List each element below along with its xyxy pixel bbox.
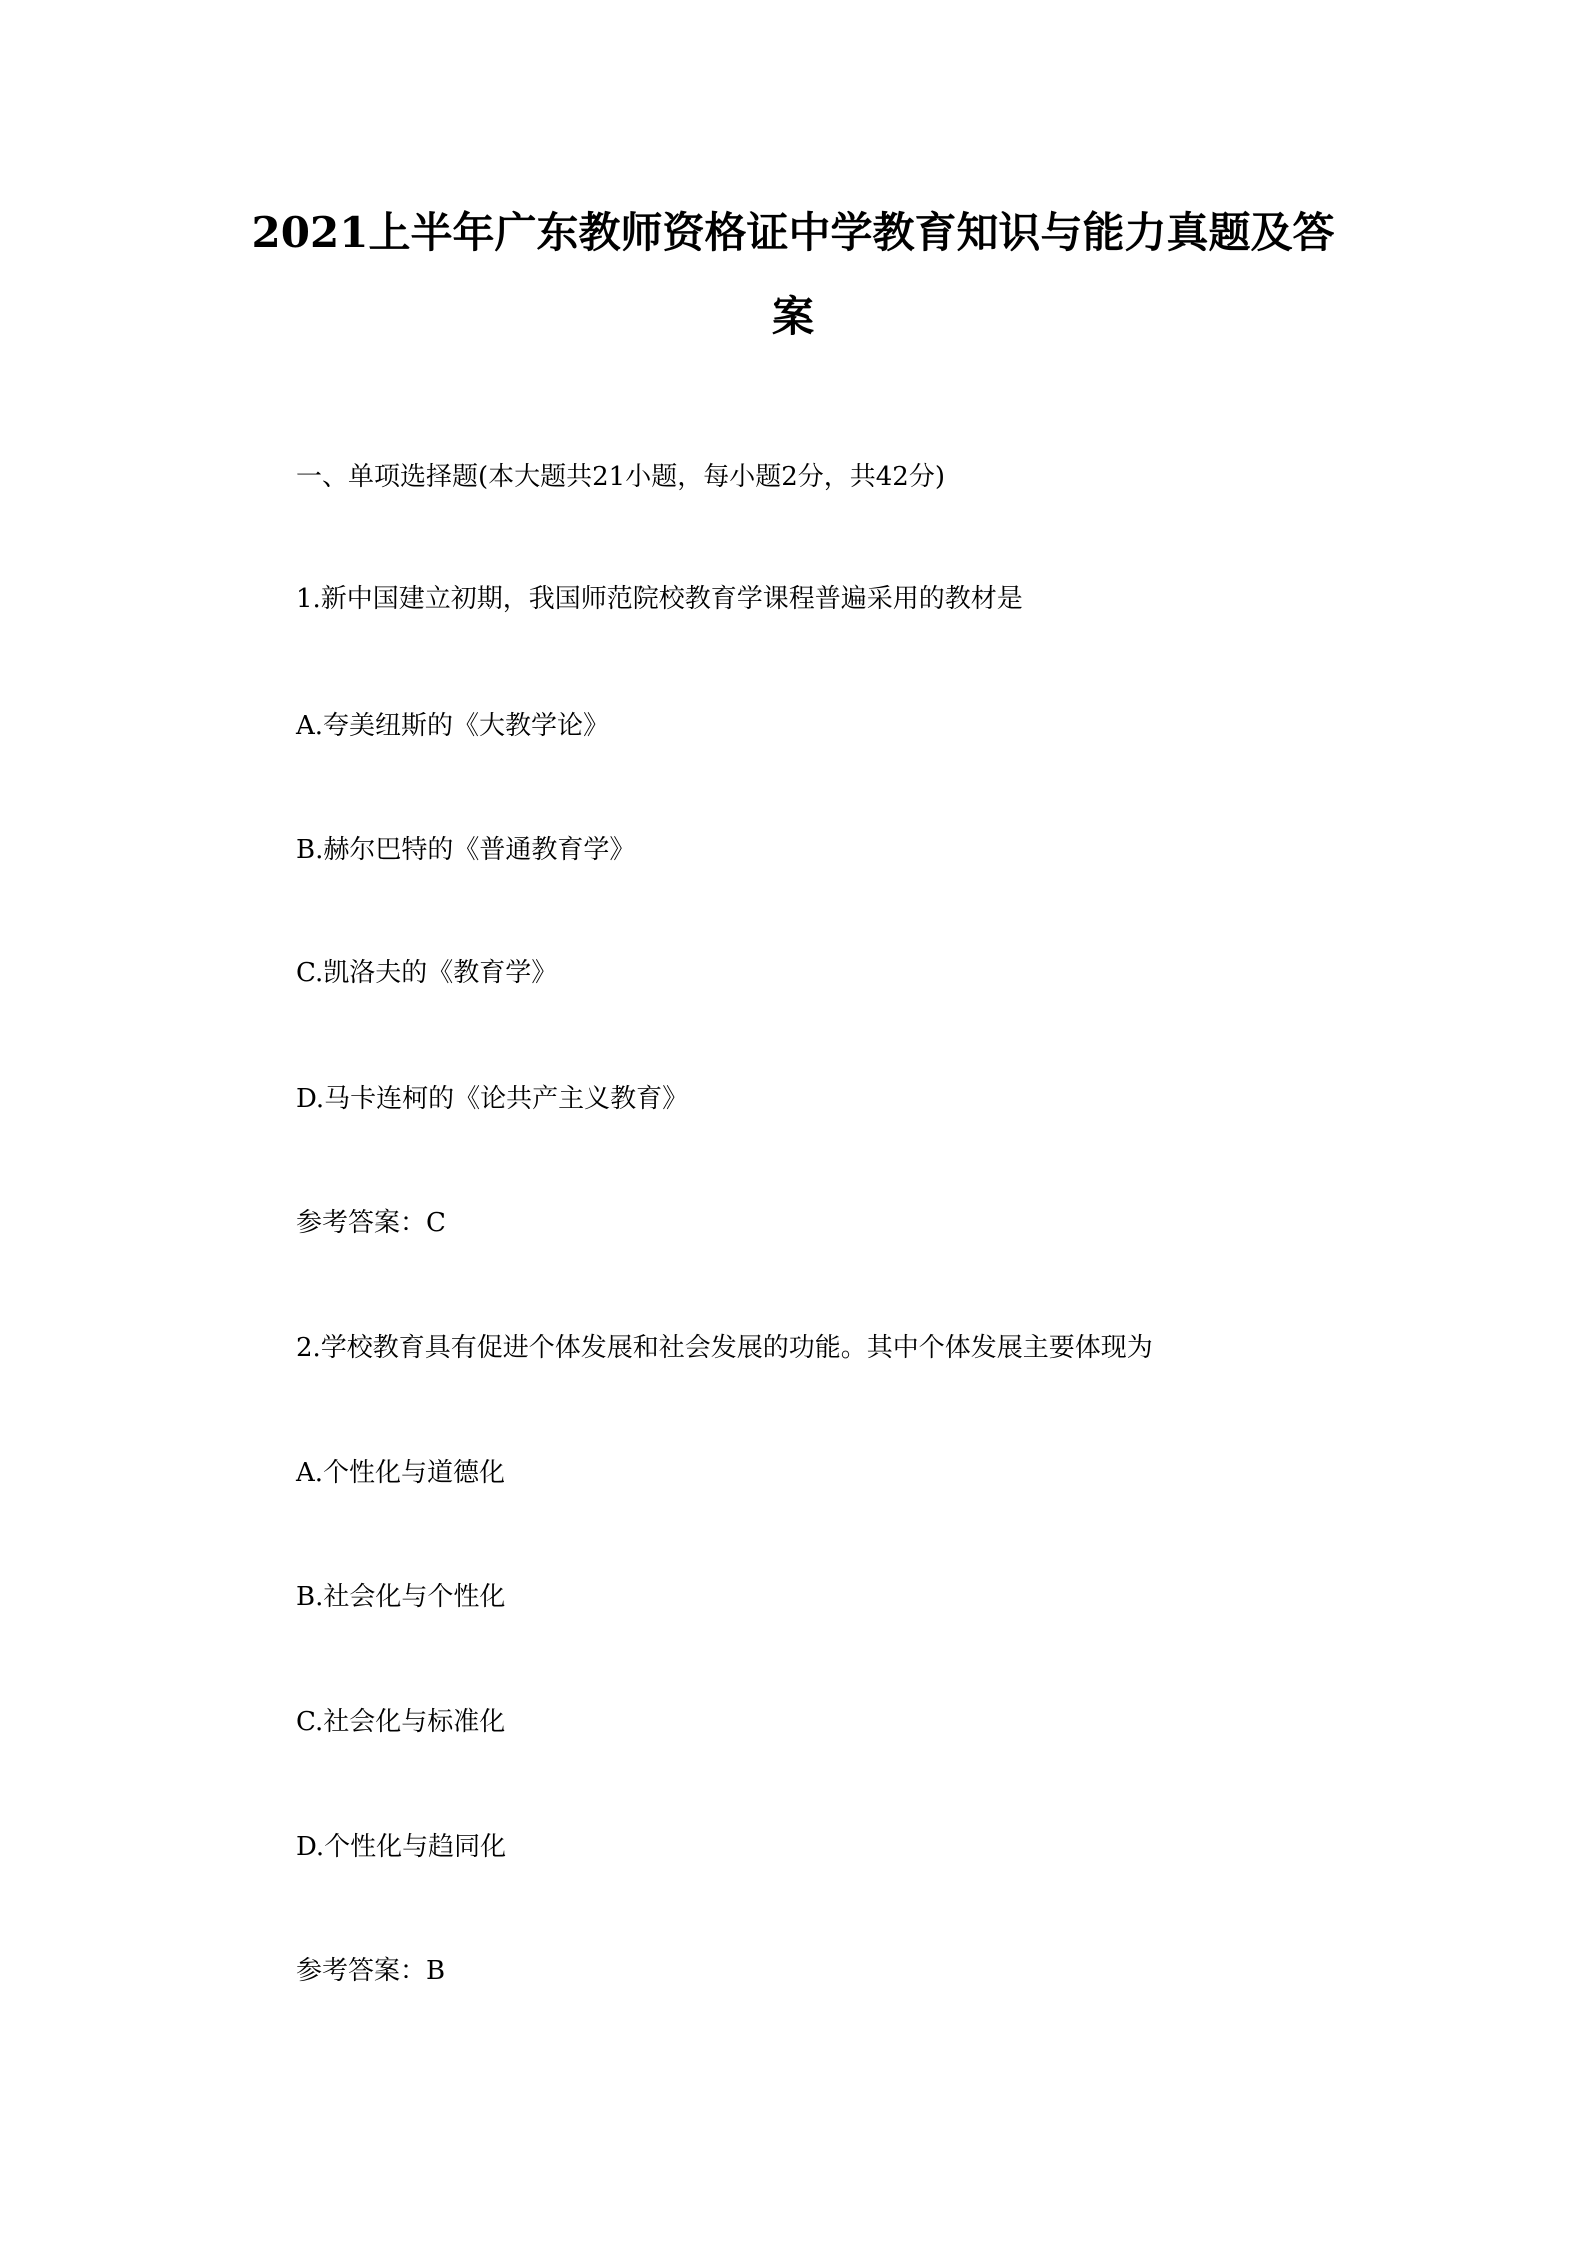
document-title-line-2: 案 [0, 296, 1586, 338]
question-option-a: A.夸美纽斯的《大教学论》 [296, 711, 609, 741]
question-option-b: B.社会化与个性化 [296, 1582, 505, 1612]
reference-answer: 参考答案：B [296, 1956, 445, 1986]
question-option-b: B.赫尔巴特的《普通教育学》 [296, 835, 635, 865]
question-option-c: C.社会化与标准化 [296, 1707, 505, 1737]
section-heading: 一、单项选择题(本大题共21小题，每小题2分，共42分) [296, 462, 945, 492]
question-option-d: D.马卡连柯的《论共产主义教育》 [296, 1084, 688, 1114]
question-stem: 1.新中国建立初期，我国师范院校教育学课程普遍采用的教材是 [296, 584, 1023, 614]
document-title-line-1: 2021上半年广东教师资格证中学教育知识与能力真题及答 [0, 212, 1586, 254]
question-option-a: A.个性化与道德化 [296, 1458, 505, 1488]
question-option-c: C.凯洛夫的《教育学》 [296, 958, 557, 988]
question-option-d: D.个性化与趋同化 [296, 1832, 506, 1862]
reference-answer: 参考答案：C [296, 1208, 446, 1238]
question-stem: 2.学校教育具有促进个体发展和社会发展的功能。其中个体发展主要体现为 [296, 1333, 1153, 1363]
